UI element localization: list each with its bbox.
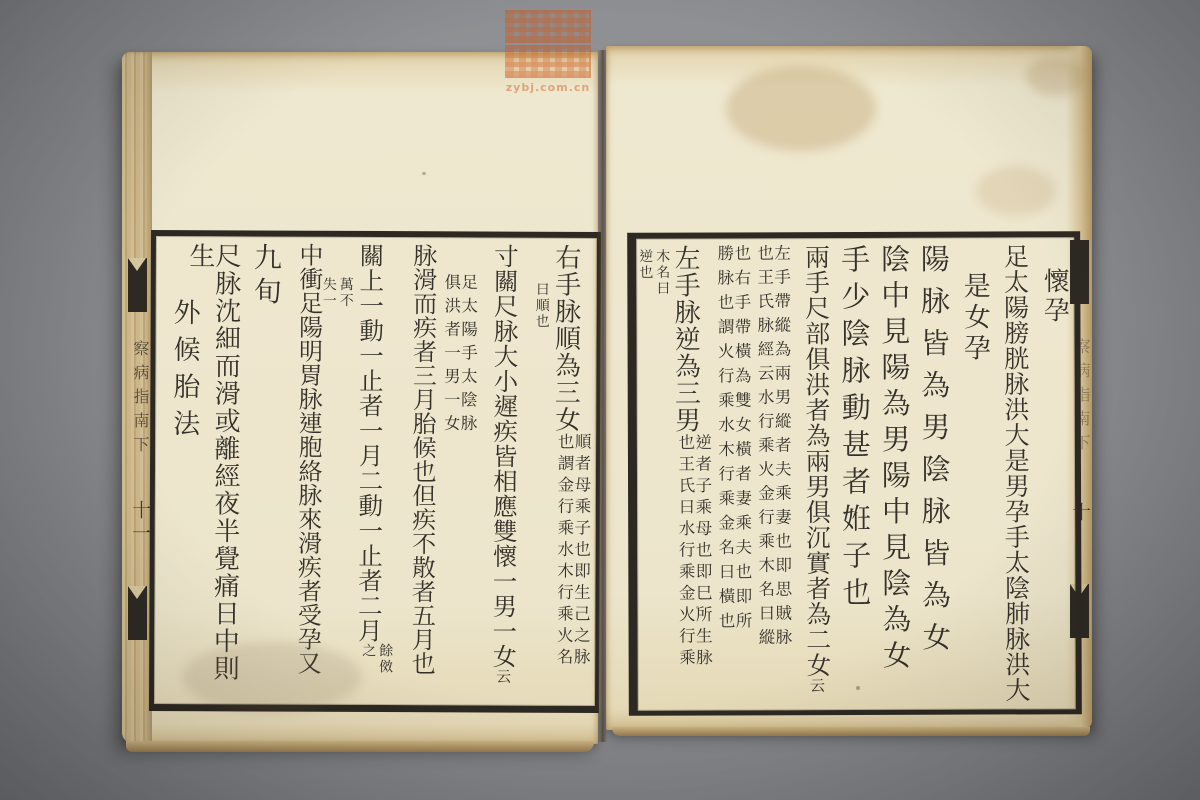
text-column: 中衝足陽明胃脉連胞絡脉來滑疾者受孕又: [284, 243, 321, 699]
speck: [856, 686, 860, 690]
annotation-text: 餘傚: [375, 643, 392, 675]
annotation-text: 俱洪者一男一女: [441, 273, 459, 438]
annotation-text: 勝脉也謂火行乘水木行乘金名曰橫也: [715, 244, 733, 636]
left-page: 察病指南下 十一 右手脉順為三女順者母乘子也即生己之脉也謂金行乘水木行乘火名 曰…: [122, 52, 598, 744]
annotation-column: 左手帶縱為兩男縱者夫乘妻也即思賊脉也王氏脉經云水行乘火金行乘木名曰縱: [754, 244, 791, 704]
annotation-text: 也王氏脉經云水行乘火金行乘木名曰縱: [755, 244, 773, 652]
watermark-glyph-block: [505, 45, 591, 78]
small-end-char: 云: [808, 678, 826, 695]
column-text: 關上一動一止者一月二動一止者二月: [355, 243, 386, 643]
watermark-url: zybj.com.cn: [500, 81, 596, 94]
fishtail-mark-icon: [128, 258, 147, 312]
annotation-column: 曰順也: [521, 244, 549, 700]
photo-background: 察病指南下 十一 右手脉順為三女順者母乘子也即生己之脉也謂金行乘水木行乘火名 曰…: [0, 0, 1200, 800]
text-column: 尺脉沈細而滑或離經夜半覺痛日中則生: [202, 242, 239, 698]
right-text-frame: 懷孕 足太陽膀胱脉洪大是男孕手太陰肺脉洪大 是女孕 陽脉皆為男陰脉皆為女 陰中見…: [627, 231, 1082, 716]
column-text: 右手脉順為三女: [550, 244, 581, 433]
annotation-text: 木名曰: [652, 249, 669, 297]
column-text: 懷孕: [1039, 267, 1069, 325]
left-page-spine-edge: 察病指南下 十一: [122, 52, 152, 744]
right-text-block: 懷孕 足太陽膀胱脉洪大是男孕手太陰肺脉洪大 是女孕 陽脉皆為男陰脉皆為女 陰中見…: [636, 237, 1076, 711]
stain: [976, 166, 1056, 216]
column-text: 九旬: [250, 242, 283, 310]
annotation-column: 也右手帶橫為雙女橫者妻乘夫也即所勝脉也謂火行乘水木行乘金名曰橫也: [714, 244, 751, 704]
left-page-stack-edge: [126, 741, 594, 752]
text-column: 左手脉逆為三男逆者子乘母也即巳所生脉也王氏曰水行乘金火行乘: [674, 245, 711, 705]
column-text: 足太陽膀胱脉洪大是男孕手太陰肺脉洪大: [1000, 243, 1031, 702]
text-column: 足太陽膀胱脉洪大是男孕手太陰肺脉洪大: [992, 243, 1029, 703]
book-gutter-crease: [597, 50, 607, 742]
column-text: 陽脉皆為男陰脉皆為女: [917, 244, 952, 664]
text-column: 陽脉皆為男陰脉皆為女: [913, 244, 950, 704]
annotation-text: 也王氏曰水行乘金火行乘: [676, 434, 694, 671]
right-page-stack-edge: [612, 727, 1090, 736]
stain: [726, 66, 876, 151]
column-text: 寸關尺脉大小遲疾皆相應雙懷一男一女: [489, 244, 520, 669]
text-column: 手少陰脉動甚者姙子也: [833, 244, 870, 704]
annotation-column: 萬不失一: [325, 243, 353, 699]
annotation-text: 足太陽手太陰脉: [458, 273, 476, 438]
annotation-column: 木名曰逆也: [643, 245, 671, 705]
spine-title: 察病指南下: [128, 340, 148, 460]
site-watermark: zybj.com.cn: [500, 8, 596, 102]
column-text: 是女孕: [959, 272, 990, 365]
column-text: 兩手尺部俱洪者為兩男俱沉實者為二女: [801, 244, 832, 678]
annotation-text: 失一: [319, 277, 336, 309]
annotation-text: 逆也: [635, 249, 652, 297]
stain: [182, 642, 362, 712]
left-text-frame: 右手脉順為三女順者母乘子也即生己之脉也謂金行乘水木行乘火名 曰順也 寸關尺脉大小…: [149, 230, 601, 713]
text-column: 寸關尺脉大小遲疾皆相應雙懷一男一女云: [480, 243, 517, 699]
text-column: 右手脉順為三女順者母乘子也即生己之脉也謂金行乘水木行乘火名: [553, 244, 590, 700]
annotation-text: 也謂金行乘水木行乘火名: [554, 433, 572, 670]
annotation-column: 足太陽手太陰脉俱洪者一男一女: [439, 243, 476, 699]
fishtail-mark-icon: [128, 586, 147, 640]
right-page: 察病指南下 十 懷孕 足太陽膀胱脉洪大是男孕手太陰肺脉洪大 是女孕 陽脉皆為男陰…: [606, 46, 1092, 730]
stain: [1026, 56, 1086, 96]
text-column: 九旬: [243, 242, 280, 698]
annotation-text: 萬不: [336, 277, 353, 309]
text-column: 兩手尺部俱洪者為兩男俱沉實者為二女云: [793, 244, 830, 704]
text-column: 陰中見陽為男陽中見陰為女: [873, 244, 910, 704]
section-header-column: 懷孕: [1032, 243, 1069, 703]
small-end-char: 云: [494, 669, 512, 686]
column-text: 外候胎法: [168, 298, 200, 446]
text-column: 是女孕: [953, 244, 990, 704]
watermark-glyph-block: [505, 10, 591, 43]
left-text-block: 右手脉順為三女順者母乘子也即生己之脉也謂金行乘水木行乘火名 曰順也 寸關尺脉大小…: [154, 236, 597, 706]
speck: [696, 606, 699, 609]
section-header-column: 外候胎法: [161, 242, 198, 698]
speck: [422, 172, 426, 175]
text-column: 關上一動一止者一月二動一止者二月餘傚之: [357, 243, 394, 699]
column-text: 陰中見陽為男陽中見陰為女: [877, 244, 913, 676]
column-text: 脉滑而疾者三月胎候也但疾不散者五月也: [407, 243, 437, 675]
text-column: 脉滑而疾者三月胎候也但疾不散者五月也: [398, 243, 435, 699]
column-text: 左手脉逆為三男: [670, 245, 701, 434]
left-folio-number: 十一: [129, 500, 149, 546]
annotation-text: 曰順也: [532, 282, 549, 330]
column-text: 手少陰脉動甚者姙子也: [837, 244, 872, 614]
